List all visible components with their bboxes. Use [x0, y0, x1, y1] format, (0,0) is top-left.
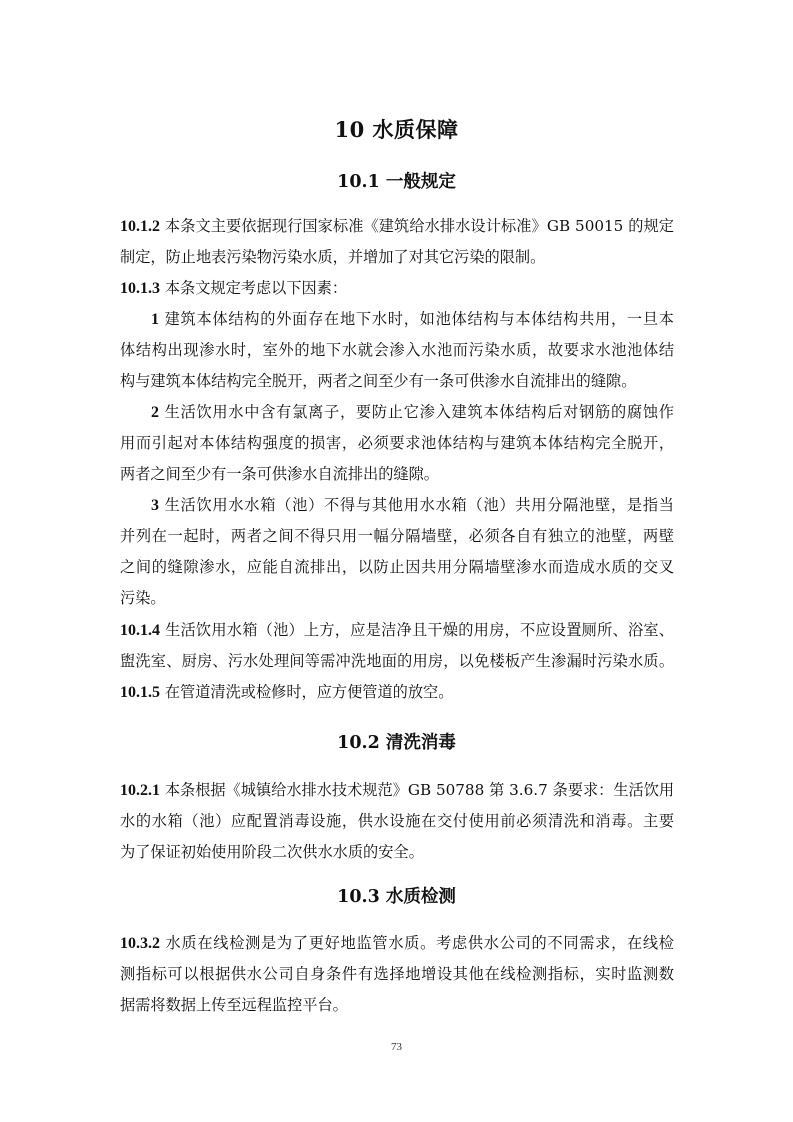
list-item-3: 3 生活饮用水水箱（池）不得与其他用水水箱（池）共用分隔池壁，是指当 并列在一起…: [120, 490, 674, 614]
clause-10-1-4: 10.1.4 生活饮用水箱（池）上方，应是洁净且干燥的用房，不应设置厕所、浴室、…: [120, 615, 674, 677]
item-line: 1 建筑本体结构的外面存在地下水时，如池体结构与本体结构共用，一旦本: [120, 304, 674, 335]
section-heading-10-2: 10.2 清洗消毒: [0, 731, 793, 755]
clause-line: 为了保证初始使用阶段二次供水水质的安全。: [120, 837, 674, 868]
item-number: 2: [151, 404, 159, 421]
clause-number: 10.1.4: [120, 622, 160, 639]
clause-line: 据需将数据上传至远程监控平台。: [120, 990, 674, 1021]
list-item-2: 2 生活饮用水中含有氯离子，要防止它渗入建筑本体结构后对钢筋的腐蚀作 用而引起对…: [120, 397, 674, 490]
clause-number: 10.3.2: [120, 935, 160, 952]
page-number: 73: [0, 1041, 793, 1053]
item-line: 2 生活饮用水中含有氯离子，要防止它渗入建筑本体结构后对钢筋的腐蚀作: [120, 397, 674, 428]
clause-line: 10.1.5 在管道清洗或检修时，应方便管道的放空。: [120, 677, 674, 708]
clause-text: 生活饮用水箱（池）上方，应是洁净且干燥的用房，不应设置厕所、浴室、: [160, 621, 674, 639]
clause-text: 水质在线检测是为了更好地监管水质。考虑供水公司的不同需求，在线检: [160, 934, 674, 952]
item-line: 之间的缝隙渗水，应能自流排出，以防止因共用分隔墙壁渗水而造成水质的交叉: [120, 552, 674, 583]
item-line: 两者之间至少有一条可供渗水自流排出的缝隙。: [120, 459, 674, 490]
item-text: 生活饮用水中含有氯离子，要防止它渗入建筑本体结构后对钢筋的腐蚀作: [159, 403, 674, 421]
clause-line: 测指标可以根据供水公司自身条件有选择地增设其他在线检测指标，实时监测数: [120, 959, 674, 990]
clause-10-1-5: 10.1.5 在管道清洗或检修时，应方便管道的放空。: [120, 677, 674, 708]
clause-number: 10.1.3: [120, 280, 160, 297]
clause-line: 10.1.4 生活饮用水箱（池）上方，应是洁净且干燥的用房，不应设置厕所、浴室、: [120, 615, 674, 646]
item-line: 并列在一起时，两者之间不得只用一幅分隔墙壁，必须各自有独立的池壁，两壁: [120, 521, 674, 552]
item-line: 用而引起对本体结构强度的损害，必须要求池体结构与建筑本体结构完全脱开，: [120, 428, 674, 459]
item-text: 生活饮用水水箱（池）不得与其他用水水箱（池）共用分隔池壁，是指当: [159, 496, 674, 514]
item-number: 3: [151, 497, 159, 514]
clause-line: 10.3.2 水质在线检测是为了更好地监管水质。考虑供水公司的不同需求，在线检: [120, 928, 674, 959]
clause-10-1-2: 10.1.2 本条文主要依据现行国家标准《建筑给水排水设计标准》GB 50015…: [120, 211, 674, 273]
section-heading-10-3: 10.3 水质检测: [0, 885, 793, 909]
item-line: 3 生活饮用水水箱（池）不得与其他用水水箱（池）共用分隔池壁，是指当: [120, 490, 674, 521]
item-line: 体结构出现渗水时，室外的地下水就会渗入水池而污染水质，故要求水池池体结: [120, 335, 674, 366]
clause-10-3-2: 10.3.2 水质在线检测是为了更好地监管水质。考虑供水公司的不同需求，在线检 …: [120, 928, 674, 1021]
chapter-title: 10 水质保障: [0, 116, 793, 144]
section-heading-10-1: 10.1 一般规定: [0, 170, 793, 194]
clause-10-1-3: 10.1.3 本条文规定考虑以下因素：: [120, 273, 674, 304]
clause-number: 10.1.5: [120, 684, 160, 701]
document-page: 10 水质保障 10.1 一般规定 10.1.2 本条文主要依据现行国家标准《建…: [0, 0, 793, 1122]
clause-text: 本条根据《城镇给水排水技术规范》GB 50788 第 3.6.7 条要求：生活饮…: [160, 781, 674, 799]
clause-10-2-1: 10.2.1 本条根据《城镇给水排水技术规范》GB 50788 第 3.6.7 …: [120, 775, 674, 868]
clause-number: 10.1.2: [120, 218, 160, 235]
list-item-1: 1 建筑本体结构的外面存在地下水时，如池体结构与本体结构共用，一旦本 体结构出现…: [120, 304, 674, 397]
clause-text: 在管道清洗或检修时，应方便管道的放空。: [160, 683, 453, 701]
clause-line: 盥洗室、厨房、污水处理间等需冲洗地面的用房，以免楼板产生渗漏时污染水质。: [120, 646, 674, 677]
clause-text: 本条文规定考虑以下因素：: [160, 279, 347, 297]
clause-line: 10.1.2 本条文主要依据现行国家标准《建筑给水排水设计标准》GB 50015…: [120, 211, 674, 242]
item-line: 污染。: [120, 583, 674, 614]
clause-number: 10.2.1: [120, 782, 160, 799]
clause-line: 制定，防止地表污染物污染水质，并增加了对其它污染的限制。: [120, 242, 674, 273]
item-number: 1: [151, 311, 159, 328]
clause-line: 10.1.3 本条文规定考虑以下因素：: [120, 273, 674, 304]
clause-line: 10.2.1 本条根据《城镇给水排水技术规范》GB 50788 第 3.6.7 …: [120, 775, 674, 806]
clause-line: 水的水箱（池）应配置消毒设施，供水设施在交付使用前必须清洗和消毒。主要: [120, 806, 674, 837]
clause-text: 本条文主要依据现行国家标准《建筑给水排水设计标准》GB 50015 的规定: [160, 217, 674, 235]
item-line: 构与建筑本体结构完全脱开，两者之间至少有一条可供渗水自流排出的缝隙。: [120, 366, 674, 397]
item-text: 建筑本体结构的外面存在地下水时，如池体结构与本体结构共用，一旦本: [159, 310, 674, 328]
